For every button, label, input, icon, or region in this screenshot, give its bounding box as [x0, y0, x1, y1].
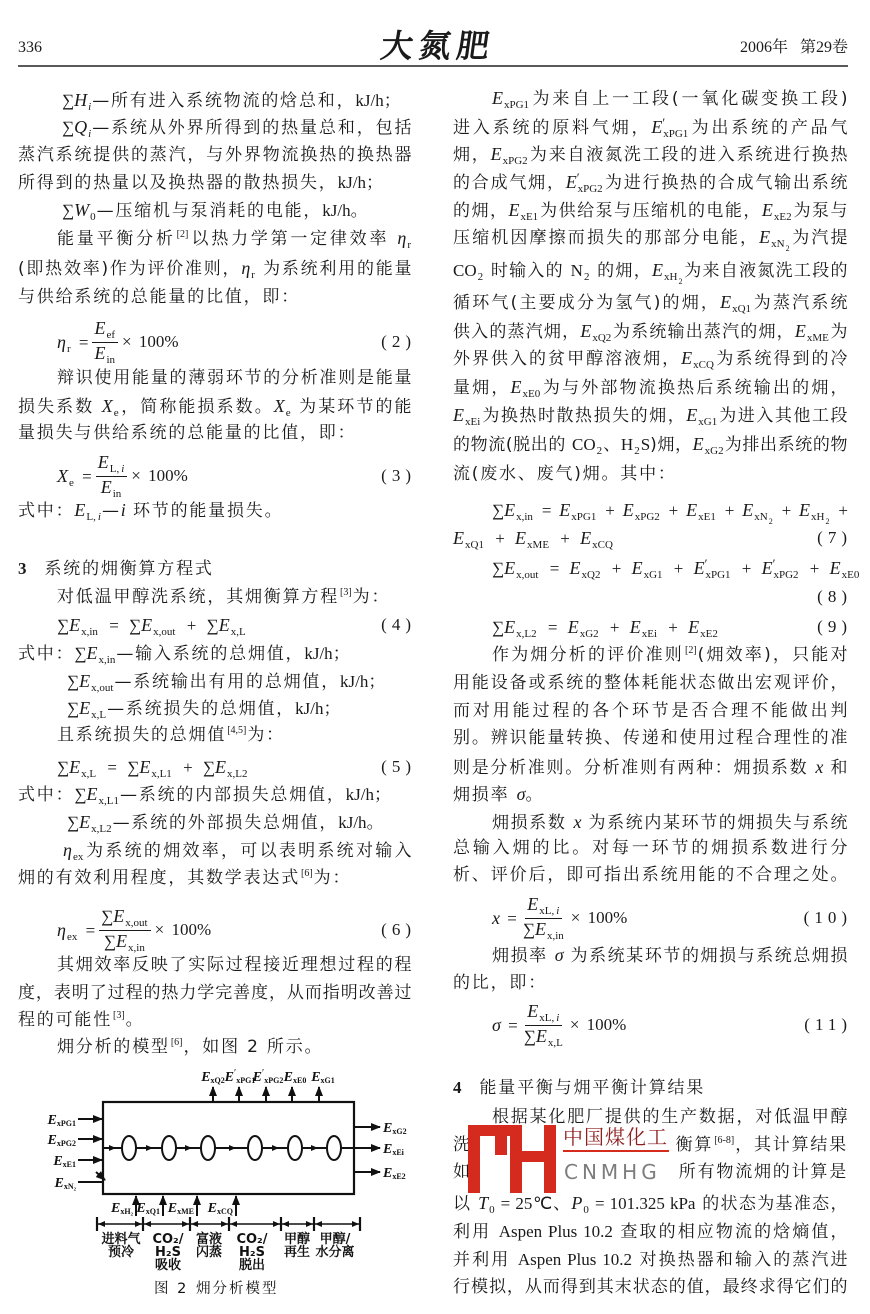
- text-run: 、: [553, 1194, 571, 1214]
- text-run: 为：: [247, 725, 285, 745]
- citation-superscript: [2]: [177, 229, 189, 240]
- subscript: x,L2: [516, 628, 536, 640]
- fraction: EefEin: [92, 318, 118, 367]
- label-var: E: [110, 1201, 120, 1216]
- text-line: 所得到的热量以及换热器的散热损失，kJ/h；: [18, 169, 412, 197]
- numerator: ExL,i: [525, 1001, 562, 1026]
- text-line: (即热效率)作为评价准则，ηr 为系统利用的能量: [18, 254, 412, 282]
- math-variable: X: [57, 466, 68, 486]
- math-text: × 100%: [570, 1015, 627, 1034]
- process-unit: [288, 1136, 302, 1160]
- text-run: 用能设备或系统的整体耗能状态做出宏观评价，: [453, 673, 848, 693]
- text-line: 利用 Aspen Plus 10.2 查取的相应物流的焓熵值，: [453, 1218, 848, 1246]
- text-line: 与供给系统的总能量的比值，即：: [18, 283, 412, 311]
- process-unit: [162, 1136, 176, 1160]
- math-text: +: [658, 618, 688, 637]
- math-text: ∑: [101, 907, 113, 926]
- equation-number: (7): [817, 524, 852, 552]
- subscript: x,L: [91, 709, 106, 721]
- text-run: 为系统内某环节的㶲损失与系统: [581, 813, 848, 833]
- section-heading: 3系统的㶲衡算方程式: [18, 555, 412, 583]
- section-heading: 4能量平衡与㶲平衡计算结果: [453, 1074, 848, 1102]
- label-sub: xE2: [392, 1172, 405, 1181]
- text-run: 所有物流㶲的计算是: [679, 1162, 848, 1182]
- text-line: 蒸汽系统提供的蒸汽，与外界物流换热的换热器: [18, 141, 412, 169]
- text-line: 的比，即：: [453, 969, 848, 997]
- math-text: +: [774, 501, 799, 520]
- math-variable: E: [453, 528, 464, 548]
- text-line: 量损失与供给系统的总能量的比值，即：: [18, 419, 412, 447]
- equation-5: ∑Ex,L = ∑Ex,L1 + ∑Ex,L2 (5): [18, 753, 412, 781]
- subscript: xL,: [539, 905, 554, 917]
- text-run: ，其计算结果: [735, 1135, 848, 1155]
- fraction: ExL,i∑Ex,in: [521, 894, 567, 943]
- math-text: CO: [453, 261, 477, 280]
- text-run: 㶲损系数: [492, 813, 573, 833]
- math-text: =: [72, 333, 89, 352]
- math-variable: E: [141, 615, 152, 635]
- subscript: xME: [807, 332, 829, 344]
- math-variable: η: [57, 920, 66, 940]
- journal-title: 大氮肥: [378, 27, 497, 65]
- text-run: 量㶲，: [453, 378, 511, 398]
- math-variable: η: [57, 332, 66, 352]
- equation-6: ηex = ∑Ex,out∑Ex,in × 100% (6): [18, 902, 412, 958]
- subscript: x,out: [125, 917, 147, 929]
- header-rule: [18, 65, 848, 67]
- text-run: 。: [126, 1010, 145, 1030]
- math-variable: η: [397, 228, 406, 248]
- text-line: 㶲损率 σ。: [453, 780, 848, 808]
- subscript: x,L: [231, 626, 246, 638]
- math-text: CO: [572, 435, 596, 454]
- equation-2: ηr = EefEin × 100% (2): [18, 314, 412, 370]
- equation-body: ∑Ex,L2 = ExG2 + ExEi + ExE2: [492, 618, 719, 638]
- text-run: —系统输出有用的总㶲值，: [114, 672, 340, 692]
- subscript: x,L1: [99, 795, 119, 807]
- text-run: 为汽提: [791, 228, 848, 248]
- numerator: ∑Ex,out: [99, 906, 150, 931]
- math-variable: E: [795, 321, 806, 341]
- text-line: 压缩机因摩擦而损失的那部分电能，ExN2为汽提: [453, 223, 848, 251]
- subscript: xCQ: [592, 539, 613, 551]
- text-line: 的㶲，ExE1为供给泵与压缩机的电能，ExE2为泵与: [453, 196, 848, 224]
- math-variable: E: [681, 348, 692, 368]
- subscript: xPG1: [663, 128, 688, 140]
- text-line: ∑Ex,out—系统输出有用的总㶲值，kJ/h；: [18, 667, 412, 695]
- label-sub: xME: [177, 1207, 194, 1216]
- label-var: E: [207, 1201, 217, 1216]
- right-output-arrows: [354, 1127, 380, 1172]
- text-run: 为系统输出蒸汽的㶲，: [612, 322, 795, 342]
- math-text: ∑: [492, 501, 504, 520]
- math-variable: E: [94, 343, 105, 363]
- text-run: 㶲损率: [453, 785, 517, 805]
- math-variable: E: [87, 784, 98, 804]
- text-run: 的㶲，: [590, 261, 652, 281]
- process-unit: [248, 1136, 262, 1160]
- equation-rhs: × 100%: [570, 1015, 627, 1035]
- text-run: 供入的蒸汽㶲，: [453, 322, 580, 342]
- text-run: 。: [526, 785, 545, 805]
- citation-superscript: [6-8]: [714, 1135, 734, 1146]
- text-line: 㶲损率 σ 为系统某环节的㶲损与系统总㶲损: [453, 941, 848, 969]
- text-run: 为系统利用的能量: [256, 259, 412, 279]
- math-text: ∑: [57, 616, 69, 635]
- text-run: 查取的相应物流的焓熵值，: [613, 1222, 848, 1242]
- text-run: 为系统得到的冷: [715, 349, 848, 369]
- label-var: E: [382, 1142, 392, 1157]
- math-text: ∑: [524, 1027, 536, 1046]
- label-var: E: [53, 1176, 63, 1191]
- numerator: EL,i: [96, 452, 128, 477]
- text-run: 式中：: [18, 501, 74, 521]
- citation-superscript: [4,5]: [227, 725, 246, 736]
- text-run: —系统损失的总㶲值，: [107, 699, 295, 719]
- text-line: 㶲分析的模型[6]，如图 2 所示。: [18, 1033, 412, 1061]
- math-text: =: [78, 921, 95, 940]
- math-text: kJ/h: [338, 813, 366, 832]
- left-input-arrows: [78, 1119, 105, 1182]
- text-line: 并利用 Aspen Plus 10.2 对换热器和输入的蒸汽进: [453, 1246, 848, 1274]
- text-run: 为出系统的产品气: [689, 118, 848, 138]
- citation-superscript: [6]: [171, 1037, 183, 1048]
- subscript: xCQ: [693, 359, 714, 371]
- text-run: )㶲，: [650, 435, 693, 455]
- label-sub: xN₂: [64, 1182, 77, 1191]
- text-run: 为供给泵与压缩机的电能，: [539, 201, 762, 221]
- math-variable: E: [686, 405, 697, 425]
- text-run: 为与外部物流换热后系统输出的㶲，: [541, 378, 848, 398]
- fraction: ∑Ex,out∑Ex,in: [99, 906, 150, 955]
- math-text: ∑: [67, 672, 79, 691]
- stream-label: ExE0: [283, 1070, 307, 1085]
- math-text: ∑: [492, 559, 504, 578]
- text-run: 的㶲，: [453, 201, 508, 221]
- subscript: r: [67, 343, 71, 355]
- math-text: +: [717, 501, 742, 520]
- text-line: ηex为系统的㶲效率，可以表明系统对输入: [18, 836, 412, 864]
- math-text: ∑: [62, 118, 74, 137]
- math-variable: E: [491, 144, 502, 164]
- math-text: kJ/h: [295, 699, 323, 718]
- section-number: 4: [453, 1078, 462, 1097]
- text-line: 总输入㶲的比。对每一环节的㶲损系数进行分: [453, 834, 848, 862]
- stream-label: ExCQ: [207, 1201, 233, 1216]
- text-line: 别。辨识能量转换、传递和使用过程合理性的准: [453, 724, 848, 752]
- label-sub: xPG2: [264, 1076, 283, 1085]
- math-variable: X: [102, 396, 113, 416]
- text-run: 为来自液氮洗工段的: [683, 261, 848, 281]
- math-variable: η: [241, 258, 250, 278]
- stage-label: 吸收: [155, 1257, 182, 1273]
- label-sub: xEi: [392, 1148, 404, 1157]
- text-run: 为来自上一工段(一氧化碳变换工段): [530, 89, 848, 109]
- math-variable: E: [623, 500, 634, 520]
- subscript: i: [88, 128, 91, 140]
- label-var: E: [382, 1166, 392, 1181]
- math-text: kJ/h: [346, 785, 374, 804]
- text-run: ，简称能损系数。: [120, 397, 274, 417]
- subscript: 0: [489, 1204, 495, 1216]
- top-output-arrows: [213, 1087, 319, 1102]
- text-run: 的状态为基准态，: [695, 1194, 848, 1214]
- math-variable: E: [116, 931, 127, 951]
- citation-superscript: [2]: [685, 645, 697, 656]
- text-run: 进入系统的原料气㶲，: [453, 118, 651, 138]
- text-run: 蒸汽系统提供的蒸汽，与外界物流换热的换热器: [18, 145, 412, 165]
- math-variable: E: [504, 558, 515, 578]
- fraction: EL,iEin: [96, 452, 128, 501]
- equation-number: (8): [817, 583, 852, 611]
- math-text: Aspen Plus 10.2: [518, 1250, 632, 1269]
- text-run: 时输入的: [484, 261, 571, 281]
- text-line: 进入系统的原料气㶲，E′xPG1为出系统的产品气: [453, 113, 848, 141]
- text-line: 㶲，ExPG2为来自液氮洗工段的进入系统进行换热: [453, 140, 848, 168]
- subscript: ef: [106, 329, 115, 341]
- equation-8-number-line: (8): [453, 583, 848, 611]
- text-run: 则是分析准则。分析准则有两种：㶲损系数: [453, 758, 815, 778]
- text-run: 㶲，: [453, 145, 491, 165]
- subscript: 0: [90, 211, 96, 223]
- text-run: 析、评价后，即可指出系统用能的不合理之处。: [453, 865, 848, 885]
- figure-caption-label: 图 2: [154, 1280, 188, 1297]
- math-text: H: [621, 435, 633, 454]
- citation-superscript: [6]: [301, 868, 313, 879]
- subscript: xEi: [465, 416, 480, 428]
- math-text: × 100%: [131, 466, 188, 485]
- math-variable: E: [139, 757, 150, 777]
- subscript: x,in: [81, 626, 98, 638]
- equation-rhs: × 100%: [571, 908, 628, 928]
- label-sub: xG2: [392, 1127, 406, 1136]
- text-line: 的合成气㶲，E′xPG2为进行换热的合成气输出系统: [453, 168, 848, 196]
- math-variable: E: [652, 260, 663, 280]
- stream-label: ExQ2: [200, 1070, 225, 1085]
- subscript: xPG2: [773, 569, 798, 581]
- text-run: 压缩机因摩擦而损失的那部分电能，: [453, 228, 759, 248]
- stream-label: ExE2: [382, 1166, 406, 1181]
- text-run: (即热效率)作为评价准则，: [18, 259, 241, 279]
- stage-label: 脱出: [239, 1257, 265, 1273]
- subscript: xE0: [523, 388, 541, 400]
- math-variable: W: [74, 200, 89, 220]
- text-run: 对换热器和输入的蒸汽进: [632, 1250, 848, 1270]
- denominator: ∑Ex,in: [521, 919, 567, 943]
- text-run: 为某环节的能: [292, 397, 412, 417]
- math-text: +: [732, 559, 762, 578]
- subscript: 0: [583, 1204, 589, 1216]
- text-run: 与供给系统的总能量的比值，即：: [18, 287, 300, 307]
- math-text: × 100%: [155, 920, 212, 939]
- subscript: xPG2: [503, 155, 528, 167]
- text-run: 。: [351, 201, 370, 221]
- math-variable: E: [515, 528, 526, 548]
- stream-label: ExG1: [310, 1070, 335, 1085]
- math-variable: E: [630, 617, 641, 637]
- math-variable: E: [98, 452, 109, 472]
- math-text: +: [601, 559, 631, 578]
- text-line: ExPG1为来自上一工段(一氧化碳变换工段): [453, 84, 848, 112]
- subscript: xE0: [842, 569, 860, 581]
- math-text: = ∑: [99, 616, 141, 635]
- math-variable: E: [87, 643, 98, 663]
- text-run: 为：: [353, 587, 391, 607]
- text-run: 以热力学第一定律效率: [189, 229, 397, 249]
- math-text: +: [831, 501, 848, 520]
- equation-10: x = ExL,i∑Ex,in × 100% (10): [453, 890, 848, 946]
- subscript: i: [556, 905, 559, 917]
- equation-lhs: x =: [492, 908, 517, 929]
- math-variable: E: [559, 500, 570, 520]
- subscript: xPG1: [504, 99, 529, 111]
- equation-number: (5): [381, 753, 416, 781]
- subscript: r: [251, 269, 255, 281]
- math-text: +: [485, 529, 515, 548]
- math-variable: E: [79, 671, 90, 691]
- subscript: xPG2: [635, 511, 660, 523]
- math-variable: E: [79, 812, 90, 832]
- text-run: 㶲的有效利用程度，其数学表达式: [18, 868, 300, 888]
- subscript: e: [69, 477, 74, 489]
- text-run: 为泵与: [793, 201, 848, 221]
- text-line: 㶲损系数 x 为系统内某环节的㶲损失与系统: [453, 808, 848, 836]
- subscript: xG1: [698, 416, 717, 428]
- text-run: 能量平衡分析: [57, 229, 176, 249]
- subscript: x,in: [99, 654, 116, 666]
- equation-7-line-1: ∑Ex,in = ExPG1 + ExPG2 + ExE1 + ExN2 + E…: [453, 496, 848, 524]
- math-text: =: [501, 1016, 518, 1035]
- label-sub: xG1: [321, 1076, 335, 1085]
- cnmhg-logo-icon: [468, 1125, 556, 1193]
- text-run: —系统的外部损失总㶲值，: [113, 813, 339, 833]
- label-sub: xE1: [63, 1160, 76, 1169]
- subscript: xQ1: [465, 539, 484, 551]
- math-text: kJ/h: [304, 644, 332, 663]
- text-run: 为排出系统的物: [725, 435, 848, 455]
- text-run: —压缩机与泵消耗的电能，: [97, 201, 323, 221]
- text-run: 总输入㶲的比。对每一环节的㶲损系数进行分: [453, 838, 848, 858]
- math-variable: E: [566, 172, 577, 192]
- text-run: ；: [323, 699, 342, 719]
- math-text: = 101.325 kPa: [590, 1194, 696, 1213]
- text-run: 为: [830, 322, 848, 342]
- math-variable: E: [632, 558, 643, 578]
- math-text: ∑: [104, 932, 116, 951]
- label-sub: xE0: [293, 1076, 306, 1085]
- subscript: xL,: [539, 1012, 554, 1024]
- text-line: 流(废水、废气)㶲。其中：: [453, 460, 848, 488]
- text-run: 辩识使用能量的薄弱环节的分析准则是能量: [57, 368, 412, 388]
- math-variable: η: [63, 840, 72, 860]
- math-variable: E: [535, 919, 546, 939]
- text-run: 的比，即：: [453, 973, 547, 993]
- text-run: 其㶲效率反映了实际过程接近理想过程的程: [57, 955, 412, 975]
- arrowhead-icon: [311, 1145, 318, 1151]
- text-run: 的合成气㶲，: [453, 173, 566, 193]
- denominator: Ein: [92, 343, 118, 367]
- exergy-analysis-model-figure: ExPG1 ExPG2 ExE1 ExN₂ ExQ2 E′xPG1 E′xPG2…: [0, 1060, 440, 1314]
- math-text: +: [664, 559, 694, 578]
- math-variable: E: [570, 558, 581, 578]
- math-text: + ∑: [176, 616, 218, 635]
- text-line: 的物流(脱出的 CO2、H2S)㶲，ExG2为排出系统的物: [453, 430, 848, 458]
- stage-label: 水分离: [315, 1244, 354, 1260]
- text-line: 㶲的有效利用程度，其数学表达式[6]为：: [18, 864, 412, 892]
- math-variable: E: [511, 377, 522, 397]
- stream-label: ExQ1: [135, 1201, 160, 1216]
- text-line: 析、评价后，即可指出系统用能的不合理之处。: [453, 861, 848, 889]
- issue-year: 2006年: [740, 39, 788, 56]
- stream-label: ExE1: [52, 1154, 76, 1169]
- label-var: E: [200, 1070, 210, 1085]
- math-text: ∑: [67, 813, 79, 832]
- text-run: 式中：: [18, 785, 74, 805]
- math-variable: E: [762, 200, 773, 220]
- text-line: CO2 时输入的 N2 的㶲，ExH2为来自液氮洗工段的: [453, 256, 848, 284]
- math-text: ∑: [57, 758, 69, 777]
- math-variable: E: [74, 500, 85, 520]
- subscript: L,: [110, 463, 119, 475]
- text-run: 以: [453, 1194, 478, 1214]
- text-run: 衡算: [676, 1135, 714, 1155]
- math-text: +: [550, 529, 580, 548]
- equation-number: (9): [817, 613, 852, 641]
- text-run: 流(废水、废气)㶲。其中：: [453, 464, 677, 484]
- math-variable: E: [504, 617, 515, 637]
- subscript: i: [88, 101, 91, 113]
- text-run: 循环气(主要成分为氢气)的㶲，: [453, 293, 720, 313]
- citation-superscript: [3]: [113, 1010, 125, 1021]
- equation-lhs: Xe =: [57, 466, 92, 487]
- equation-number: (4): [381, 611, 416, 639]
- text-run: 并利用: [453, 1250, 518, 1270]
- text-run: 为系统的㶲效率，可以表明系统对输入: [84, 841, 412, 861]
- label-sub: xPG1: [57, 1119, 76, 1128]
- text-run: 程的可能性: [18, 1010, 112, 1030]
- text-run: 为来自液氮洗工段的进入系统进行换热: [529, 145, 848, 165]
- equation-rhs: × 100%: [155, 920, 212, 940]
- text-line: 供入的蒸汽㶲，ExQ2为系统输出蒸汽的㶲，ExME为: [453, 317, 848, 345]
- math-text: =: [534, 501, 559, 520]
- math-variable: E: [694, 558, 705, 578]
- math-variable: E: [79, 698, 90, 718]
- math-text: × 100%: [571, 908, 628, 927]
- subscript: xE1: [698, 511, 716, 523]
- text-line: 程的可能性[3]。: [18, 1006, 412, 1034]
- text-line: ∑Qi—系统从外界所得到的热量总和，包括: [18, 113, 412, 141]
- subscript: xQ1: [732, 303, 751, 315]
- label-sub: xH₂: [120, 1207, 133, 1216]
- text-line: ExEi为换热时散热损失的㶲，ExG1为进入其他工段: [453, 401, 848, 429]
- equation-body: ∑Ex,out = ExQ2 + ExG1 + E′xPG1 + E′xPG2 …: [492, 559, 860, 579]
- math-variable: E: [720, 292, 731, 312]
- label-sub: xCQ: [217, 1207, 233, 1216]
- equation-number: (11): [804, 1011, 852, 1039]
- text-run: 外界供入的贫甲醇溶液㶲，: [453, 349, 681, 369]
- text-run: 作为㶲分析的评价准则: [492, 645, 684, 665]
- equation-4: ∑Ex,in = ∑Ex,out + ∑Ex,L (4): [18, 611, 412, 639]
- math-variable: E: [453, 405, 464, 425]
- text-run: 㶲损率: [492, 946, 555, 966]
- math-variable: E: [688, 617, 699, 637]
- text-line: 式中：∑Ex,L1—系统的内部损失总㶲值，kJ/h；: [18, 780, 412, 808]
- math-variable: E: [508, 200, 519, 220]
- math-text: ∑: [492, 618, 504, 637]
- subscript: xE2: [774, 211, 792, 223]
- subscript: xH: [811, 511, 824, 523]
- text-run: 为系统某环节的㶲损与系统总㶲损: [564, 946, 848, 966]
